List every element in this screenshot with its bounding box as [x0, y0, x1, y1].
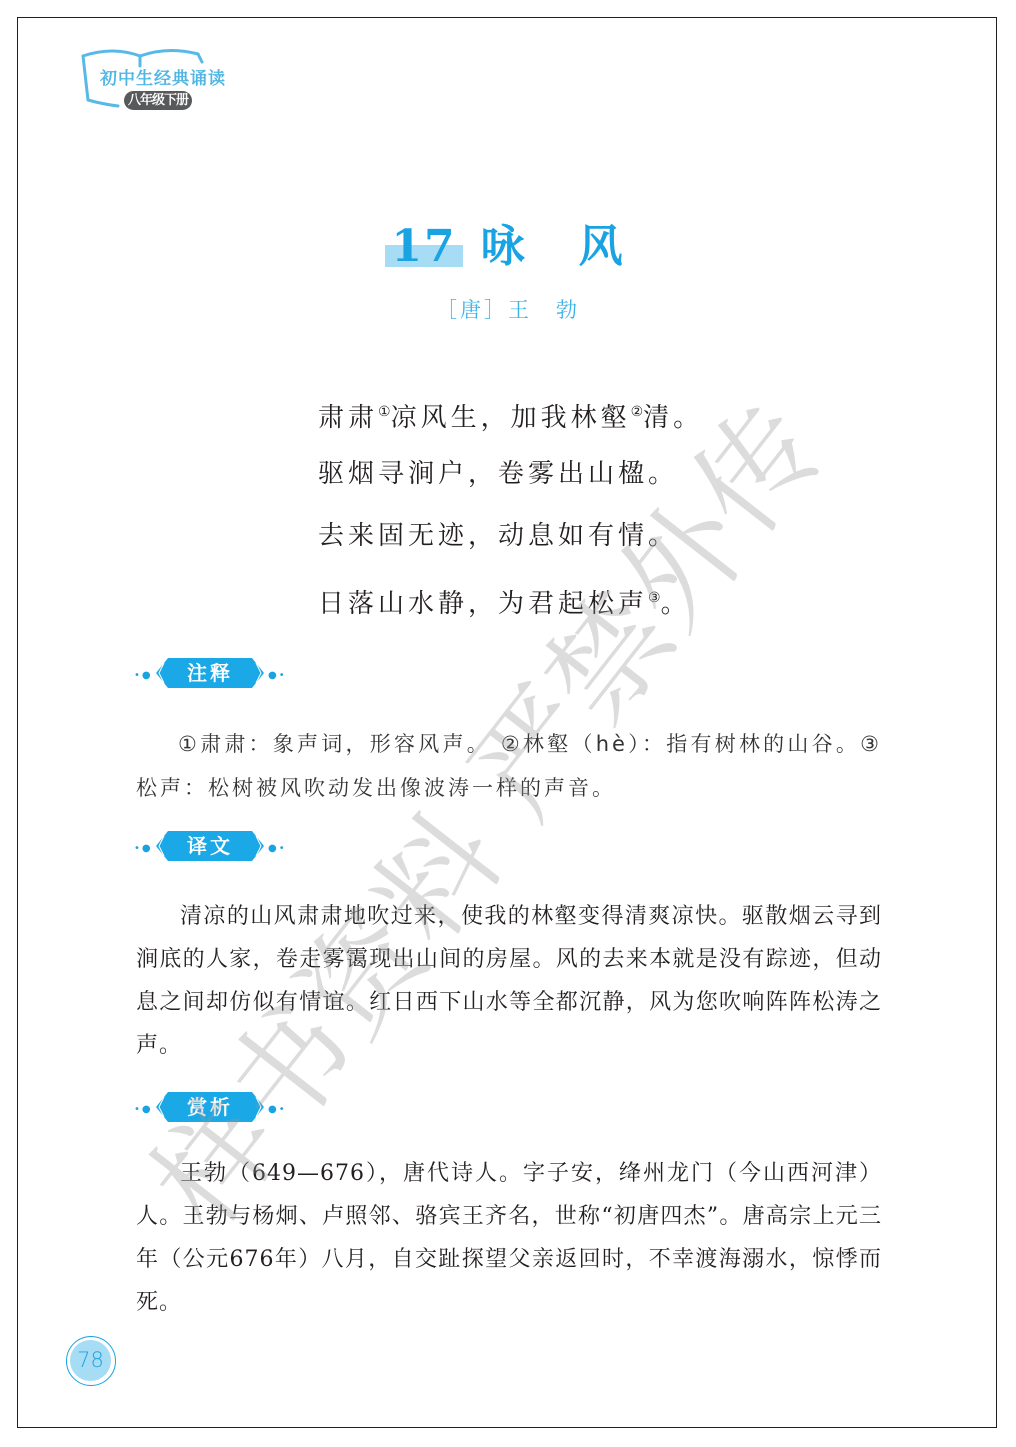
dots-decoration: ●•	[268, 1104, 287, 1115]
lesson-title: 17咏风	[0, 210, 1016, 274]
section-label: 译文	[156, 831, 264, 861]
poem-line: 肃肃①凉风生，加我林壑②清。	[318, 390, 703, 452]
poem-body: 肃肃①凉风生，加我林壑②清。 驱烟寻涧户，卷雾出山楹。 去来固无迹，动息如有情。…	[318, 390, 703, 638]
section-label: 注释	[156, 658, 264, 688]
dots-decoration: •●	[134, 843, 153, 854]
title-char-2: 风	[579, 221, 625, 272]
footnote-marker: ①	[378, 404, 391, 420]
section-heading-analysis: •● 赏析 ●•	[134, 1091, 294, 1125]
notes-text: ①肃肃：象声词，形容风声。 ②林壑（hè）：指有树林的山谷。③松声：松树被风吹动…	[136, 722, 882, 810]
section-heading-notes: •● 注释 ●•	[134, 657, 294, 691]
footnote-marker: ②	[631, 404, 644, 420]
section-label: 赏析	[156, 1092, 264, 1122]
series-title: 初中生经典诵读	[100, 64, 226, 89]
analysis-text: 王勃（649—676），唐代诗人。字子安，绛州龙门（今山西河津）人。王勃与杨炯、…	[136, 1152, 882, 1324]
grade-badge: 八年级下册	[124, 91, 192, 110]
poem-line: 去来固无迹，动息如有情。	[318, 514, 703, 576]
dots-decoration: •●	[134, 670, 153, 681]
dots-decoration: ●•	[268, 670, 287, 681]
poem-line: 日落山水静，为君起松声③。	[318, 576, 703, 638]
poem-line: 驱烟寻涧户，卷雾出山楹。	[318, 452, 703, 514]
series-logo: 初中生经典诵读 八年级下册	[78, 48, 258, 118]
dots-decoration: ●•	[268, 843, 287, 854]
translation-text: 清凉的山风肃肃地吹过来，使我的林壑变得清爽凉快。驱散烟云寻到涧底的人家，卷走雾霭…	[136, 895, 882, 1067]
page-number: 78	[70, 1340, 111, 1381]
page-number-badge: 78	[66, 1336, 116, 1386]
title-char-1: 咏	[481, 221, 527, 272]
section-heading-translation: •● 译文 ●•	[134, 830, 294, 864]
lesson-number: 17	[391, 221, 456, 272]
author-line: ［唐］王 勃	[0, 294, 1016, 324]
footnote-marker: ③	[648, 590, 661, 606]
dots-decoration: •●	[134, 1104, 153, 1115]
